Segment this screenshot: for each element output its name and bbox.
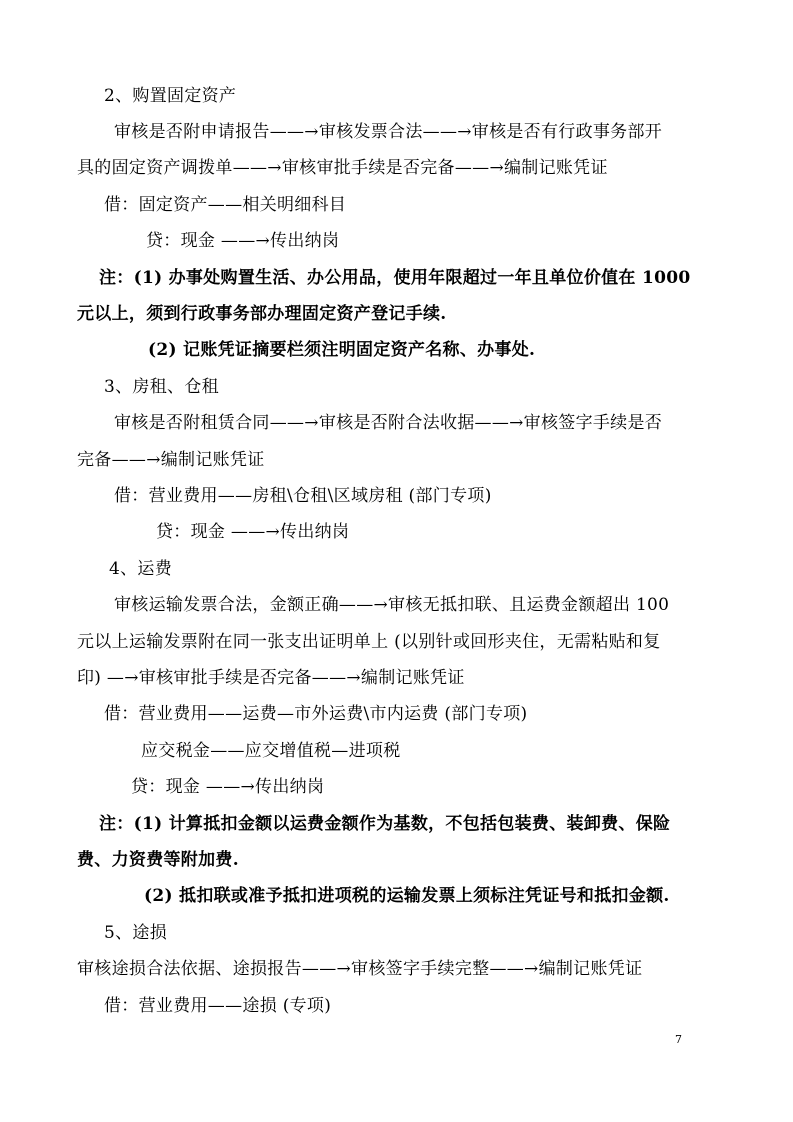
text-line: 审核运输发票合法，金额正确——→审核无抵扣联、且运费金额超出 100 [114, 595, 669, 615]
page-number: 7 [675, 1033, 682, 1046]
text-line: 贷：现金 ——→传出纳岗 [156, 522, 349, 542]
text-line: 2、购置固定资产 [104, 86, 236, 106]
text-line: 审核途损合法依据、途损报告——→审核签字手续完整——→编制记账凭证 [77, 959, 642, 979]
text-line: 5、途损 [104, 923, 167, 943]
text-line: 借：营业费用——途损 (专项) [104, 996, 331, 1016]
text-line: 借：营业费用——运费—市外运费\市内运费 (部门专项) [104, 704, 528, 724]
text-line: 审核是否附申请报告——→审核发票合法——→审核是否有行政事务部开 [114, 122, 662, 142]
text-line: 元以上运输发票附在同一张支出证明单上 (以别针或回形夹住，无需粘贴和复 [77, 632, 661, 652]
text-line: 印) —→审核审批手续是否完备——→编制记账凭证 [77, 668, 465, 688]
note-line: 注：(1) 计算抵扣金额以运费金额作为基数，不包括包装费、装卸费、保险 [99, 814, 670, 834]
note-line: 元以上，须到行政事务部办理固定资产登记手续. [77, 304, 447, 324]
text-line: 贷：现金 ——→传出纳岗 [131, 777, 324, 797]
text-line: 具的固定资产调拨单——→审核审批手续是否完备——→编制记账凭证 [77, 158, 608, 178]
note-line: 注：(1) 办事处购置生活、办公用品，使用年限超过一年且单位价值在 1000 [99, 268, 690, 288]
text-line: 借：固定资产——相关明细科目 [104, 195, 346, 215]
text-line: 4、运费 [109, 559, 172, 579]
note-line: 费、力资费等附加费. [77, 850, 239, 870]
text-line: 应交税金——应交增值税—进项税 [141, 741, 401, 761]
note-line: (2) 记账凭证摘要栏须注明固定资产名称、办事处. [148, 340, 535, 360]
text-line: 3、房租、仓租 [104, 377, 219, 397]
text-line: 贷：现金 ——→传出纳岗 [146, 231, 339, 251]
note-line: (2) 抵扣联或准予抵扣进项税的运输发票上须标注凭证号和抵扣金额. [144, 886, 670, 906]
text-line: 借：营业费用——房租\仓租\区域房租 (部门专项) [114, 486, 492, 506]
text-line: 完备——→编制记账凭证 [77, 450, 265, 470]
text-line: 审核是否附租赁合同——→审核是否附合法收据——→审核签字手续是否 [114, 413, 662, 433]
